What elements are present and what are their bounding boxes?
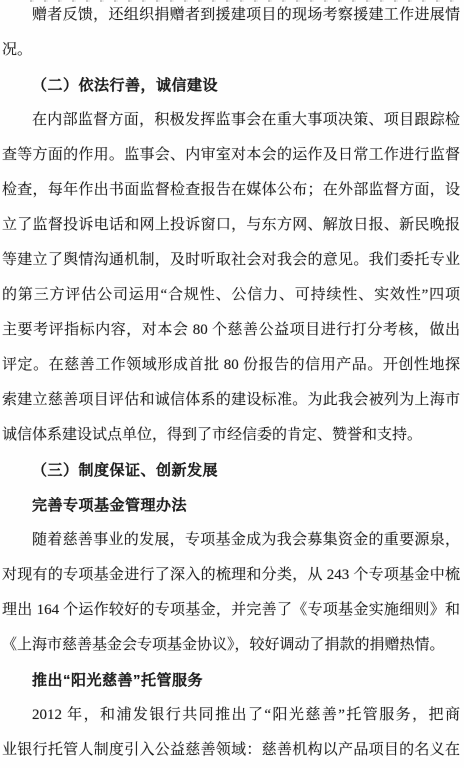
sub-heading: 完善专项基金管理办法	[2, 488, 460, 523]
text-line: 评定。在慈善工作领域形成首批 80 份报告的信用产品。开创性地探	[2, 348, 460, 383]
text-line: 理出 164 个运作较好的专项基金，并完善了《专项基金实施细则》和	[2, 593, 460, 628]
text-block: 赠者反馈，还组织捐赠者到援建项目的现场考察援建工作进展情 况。 （二）依法行善，…	[2, 0, 460, 768]
text-line: 主要考评指标内容，对本会 80 个慈善公益项目进行打分考核，做出	[2, 313, 460, 348]
text-line: 随着慈善事业的发展，专项基金成为我会募集资金的重要源泉，	[2, 523, 460, 558]
text-line: 业银行托管人制度引入公益慈善领域：慈善机构以产品项目的名义在	[2, 733, 460, 768]
text-line: 对现有的专项基金进行了深入的梳理和分类，从 243 个专项基金中梳	[2, 558, 460, 593]
document-page: 赠者反馈，还组织捐赠者到援建项目的现场考察援建工作进展情 况。 （二）依法行善，…	[0, 0, 464, 768]
text-line: 的第三方评估公司运用“合规性、公信力、可持续性、实效性”四项	[2, 278, 460, 313]
text-line: 检查，每年作出书面监督检查报告在媒体公布；在外部监督方面，设	[2, 173, 460, 208]
sub-heading: 推出“阳光慈善”托管服务	[2, 663, 460, 698]
section-heading: （三）制度保证、创新发展	[2, 453, 460, 488]
text-line: 索建立慈善项目评估和诚信体系的建设标准。为此我会被列为上海市	[2, 383, 460, 418]
previous-line-clipped-remnant	[30, 0, 458, 2]
text-line: 立了监督投诉电话和网上投诉窗口，与东方网、解放日报、新民晚报	[2, 208, 460, 243]
text-line: 况。	[2, 33, 460, 68]
text-line: 等建立了舆情沟通机制，及时听取社会对我会的意见。我们委托专业	[2, 243, 460, 278]
section-heading: （二）依法行善，诚信建设	[2, 68, 460, 103]
text-line: 赠者反馈，还组织捐赠者到援建项目的现场考察援建工作进展情	[2, 0, 460, 33]
text-line: 诚信体系建设试点单位，得到了市经信委的肯定、赞誉和支持。	[2, 418, 460, 453]
text-line: 在内部监督方面，积极发挥监事会在重大事项决策、项目跟踪检	[2, 103, 460, 138]
text-line: 2012 年，和浦发银行共同推出了“阳光慈善”托管服务，把商	[2, 698, 460, 733]
text-line: 查等方面的作用。监事会、内审室对本会的运作及日常工作进行监督	[2, 138, 460, 173]
text-line: 《上海市慈善基金会专项基金协议》，较好调动了捐款的捐赠热情。	[2, 628, 460, 663]
